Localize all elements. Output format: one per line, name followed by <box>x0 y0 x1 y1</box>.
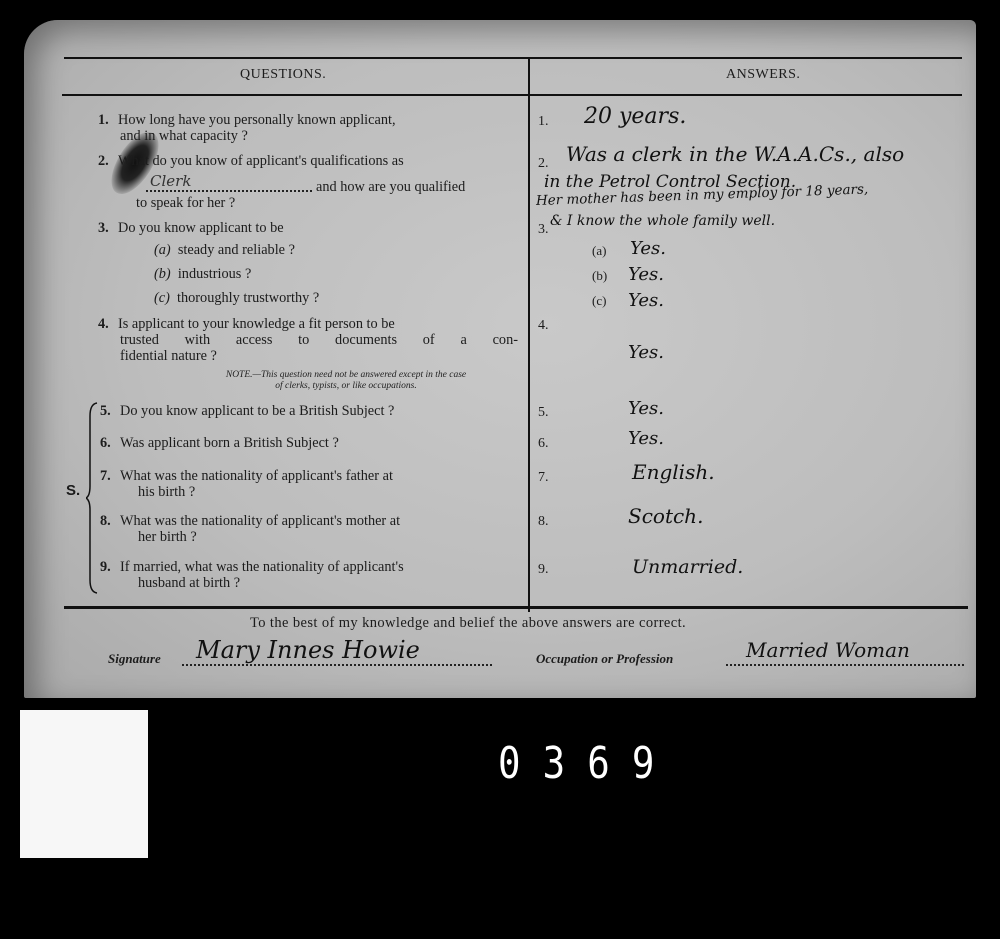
question-9: 9.If married, what was the nationality o… <box>100 559 518 591</box>
answer-7-number: 7. <box>538 470 549 486</box>
answer-3c-label: (c) <box>592 293 606 309</box>
film-leader-card <box>20 710 148 858</box>
question-6: 6.Was applicant born a British Subject ? <box>100 435 339 451</box>
answer-3c: Yes. <box>628 290 664 311</box>
answer-9-number: 9. <box>538 562 549 578</box>
answer-5: Yes. <box>628 398 664 419</box>
answer-6: Yes. <box>628 428 664 449</box>
answer-3a: Yes. <box>630 238 666 259</box>
questions-header: QUESTIONS. <box>240 67 326 83</box>
answer-1-number: 1. <box>538 114 549 130</box>
section-brace <box>86 402 98 594</box>
question-3c: (c) thoroughly trustworthy ? <box>154 290 319 307</box>
question-2-suffix: and how are you qualified <box>316 179 465 195</box>
answers-header: ANSWERS. <box>726 67 800 83</box>
answer-3b: Yes. <box>628 264 664 285</box>
answer-4: Yes. <box>628 342 664 363</box>
signature-value: Mary Innes Howie <box>196 636 420 664</box>
occupation-dots <box>726 664 964 666</box>
question-4: 4.Is applicant to your knowledge a fit p… <box>98 316 518 364</box>
section-marker: S. <box>66 482 80 499</box>
occupation-label: Occupation or Profession <box>536 651 673 667</box>
question-2-line3: to speak for her ? <box>136 195 235 211</box>
qualification-field-dots <box>146 190 312 192</box>
declaration-text: To the best of my knowledge and belief t… <box>250 615 686 632</box>
answer-3-number: 3. <box>538 222 549 238</box>
footer-top-rule <box>64 606 968 609</box>
answer-2-line1: Was a clerk in the W.A.A.Cs., also <box>566 142 904 166</box>
signature-dots <box>182 664 492 666</box>
question-5: 5.Do you know applicant to be a British … <box>100 403 394 419</box>
top-rule <box>64 57 962 59</box>
answer-2-number: 2. <box>538 156 549 172</box>
answer-9: Unmarried. <box>632 556 743 578</box>
answer-6-number: 6. <box>538 436 549 452</box>
occupation-value: Married Woman <box>746 638 910 662</box>
question-2: 2.What do you know of applicant's qualif… <box>98 153 518 169</box>
answer-3a-label: (a) <box>592 243 606 259</box>
question-8: 8.What was the nationality of applicant'… <box>100 513 518 545</box>
question-7: 7.What was the nationality of applicant'… <box>100 468 518 500</box>
question-3a: (a) steady and reliable ? <box>154 242 295 259</box>
header-bottom-rule <box>62 94 962 96</box>
answer-8-number: 8. <box>538 514 549 530</box>
question-4-note: NOTE.—This question need not be answered… <box>168 370 524 392</box>
signature-label: Signature <box>108 651 161 667</box>
answer-1: 20 years. <box>584 104 686 129</box>
question-1: 1.How long have you personally known app… <box>98 112 518 144</box>
answer-7: English. <box>632 460 715 484</box>
answer-8: Scotch. <box>628 504 703 528</box>
question-3: 3.Do you know applicant to be <box>98 220 284 236</box>
film-frame-number: 0369 <box>498 738 676 789</box>
answer-3b-label: (b) <box>592 268 607 284</box>
answer-2-line4: & I know the whole family well. <box>550 213 775 229</box>
question-3b: (b) industrious ? <box>154 266 251 283</box>
answer-5-number: 5. <box>538 405 549 421</box>
column-divider <box>528 58 530 612</box>
answer-4-number: 4. <box>538 318 549 334</box>
qualification-field-value: Clerk <box>150 172 191 190</box>
